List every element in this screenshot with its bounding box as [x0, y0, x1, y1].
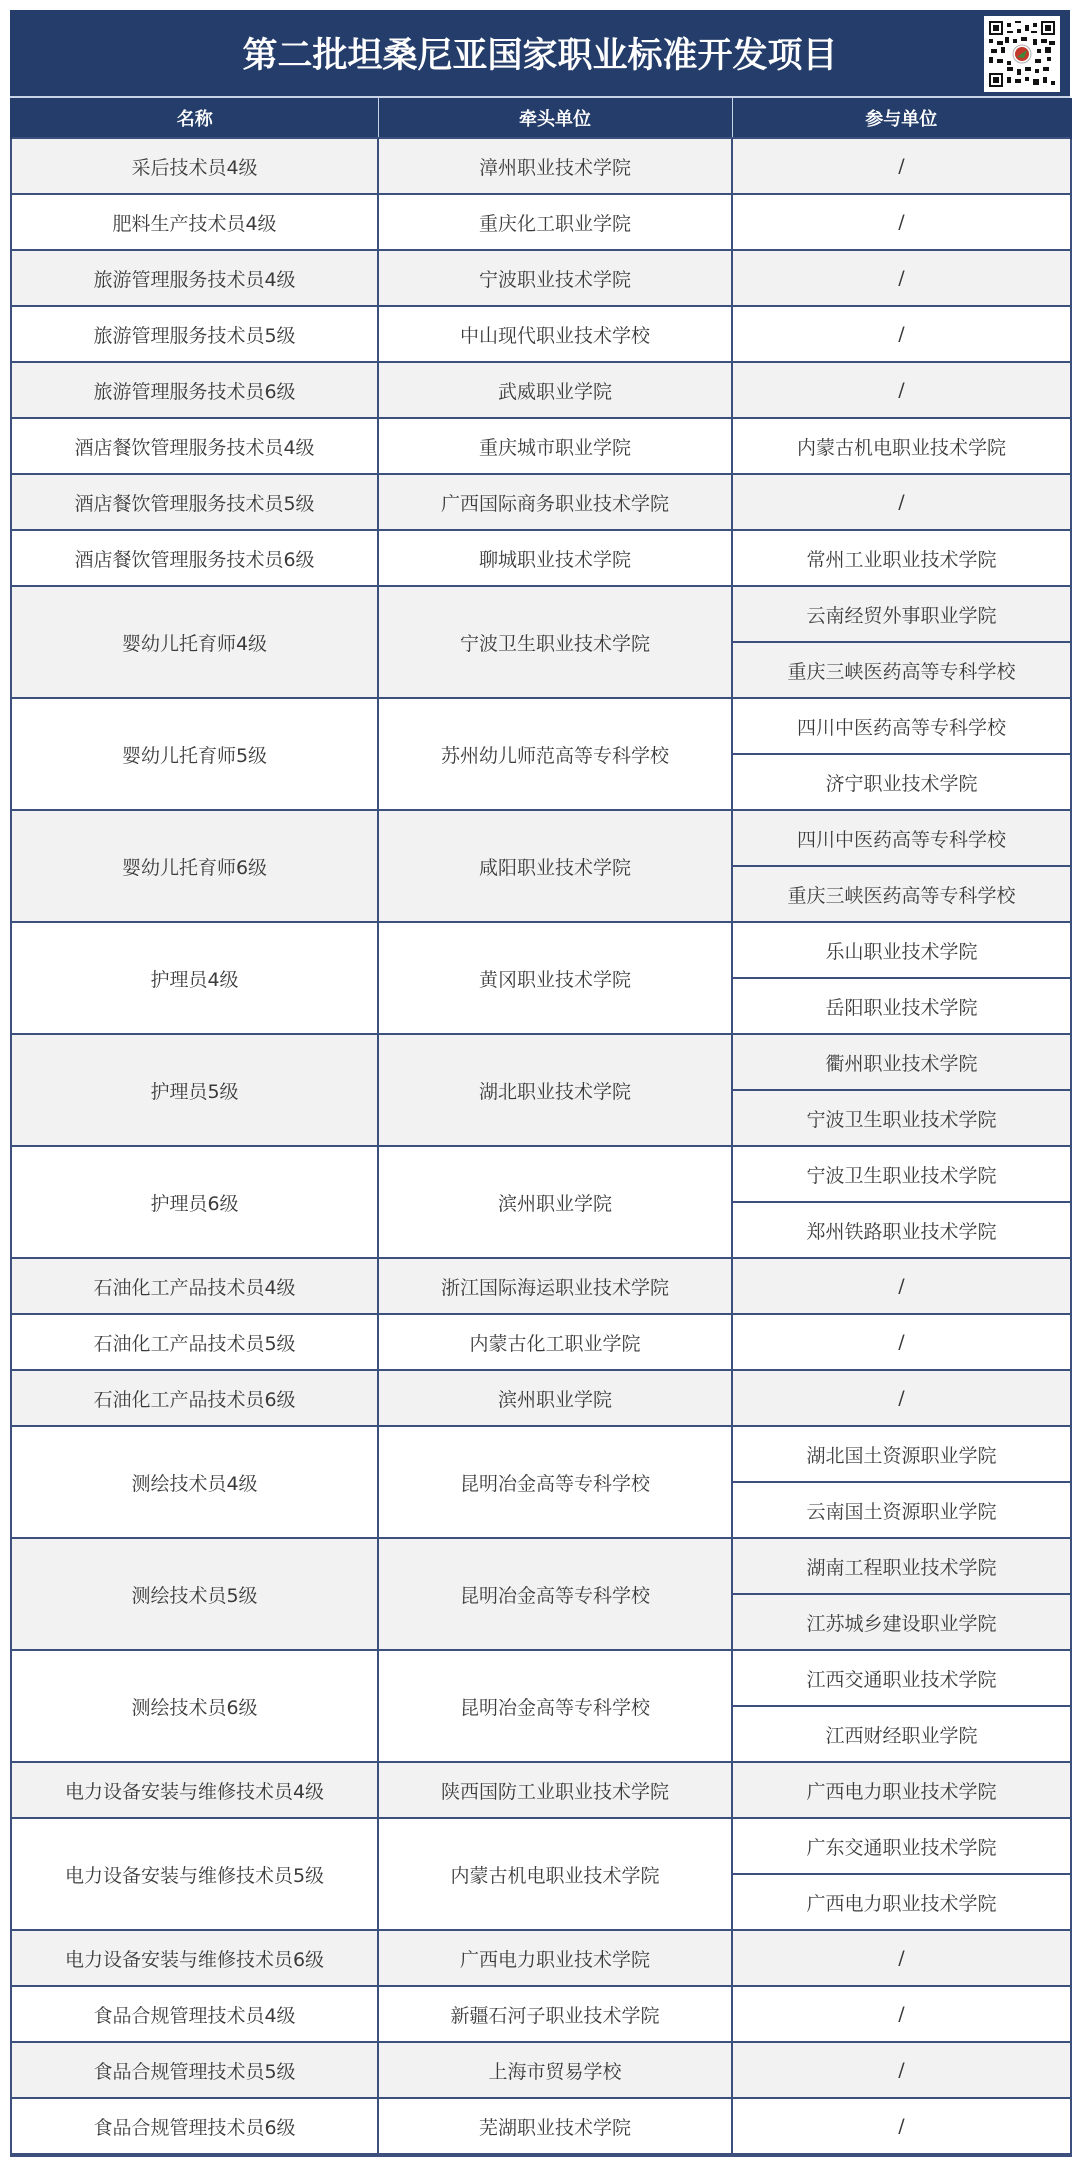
participant-institution: 云南经贸外事职业学院 — [732, 586, 1071, 642]
participant-institution: 郑州铁路职业技术学院 — [732, 1202, 1071, 1258]
participant-institution: / — [732, 1370, 1071, 1426]
participant-institution: / — [732, 1258, 1071, 1314]
table-header-row: 名称 牵头单位 参与单位 — [11, 98, 1071, 138]
participant-institution: / — [732, 194, 1071, 250]
participant-institution: 四川中医药高等专科学校 — [732, 810, 1071, 866]
project-table: 名称 牵头单位 参与单位 采后技术员4级 漳州职业技术学院 / 肥料生产技术员4… — [10, 98, 1072, 2157]
participant-institution: 宁波卫生职业技术学院 — [732, 1090, 1071, 1146]
occupation-name: 电力设备安装与维修技术员5级 — [11, 1818, 378, 1930]
table-row: 旅游管理服务技术员6级 武威职业学院 / — [11, 362, 1071, 418]
participant-institution: 重庆三峡医药高等专科学校 — [732, 866, 1071, 922]
lead-institution: 内蒙古机电职业技术学院 — [378, 1818, 732, 1930]
participant-institution: 江西交通职业技术学院 — [732, 1650, 1071, 1706]
lead-institution: 滨州职业学院 — [378, 1370, 732, 1426]
occupation-name: 食品合规管理技术员5级 — [11, 2042, 378, 2098]
table-row: 食品合规管理技术员6级 芜湖职业技术学院 / — [11, 2098, 1071, 2155]
participant-institution: / — [732, 474, 1071, 530]
lead-institution: 咸阳职业技术学院 — [378, 810, 732, 922]
participant-institution: 江西财经职业学院 — [732, 1706, 1071, 1762]
lead-institution: 重庆化工职业学院 — [378, 194, 732, 250]
table-row: 电力设备安装与维修技术员4级 陕西国防工业职业技术学院 广西电力职业技术学院 — [11, 1762, 1071, 1818]
table-row: 护理员6级 滨州职业学院 宁波卫生职业技术学院 — [11, 1146, 1071, 1202]
participant-institution: 广西电力职业技术学院 — [732, 1762, 1071, 1818]
lead-institution: 内蒙古化工职业学院 — [378, 1314, 732, 1370]
occupation-name: 测绘技术员6级 — [11, 1650, 378, 1762]
participant-institution: 云南国土资源职业学院 — [732, 1482, 1071, 1538]
column-header-name: 名称 — [11, 98, 378, 138]
participant-institution: / — [732, 362, 1071, 418]
lead-institution: 广西国际商务职业技术学院 — [378, 474, 732, 530]
document: 第二批坦桑尼亚国家职业标准开发项目 — [10, 10, 1070, 2157]
participant-institution: / — [732, 2042, 1071, 2098]
table-row: 食品合规管理技术员4级 新疆石河子职业技术学院 / — [11, 1986, 1071, 2042]
participant-institution: 四川中医药高等专科学校 — [732, 698, 1071, 754]
table-row: 食品合规管理技术员5级 上海市贸易学校 / — [11, 2042, 1071, 2098]
table-row: 酒店餐饮管理服务技术员5级 广西国际商务职业技术学院 / — [11, 474, 1071, 530]
participant-institution: 岳阳职业技术学院 — [732, 978, 1071, 1034]
qr-code-icon — [984, 16, 1060, 92]
occupation-name: 婴幼儿托育师6级 — [11, 810, 378, 922]
lead-institution: 重庆城市职业学院 — [378, 418, 732, 474]
column-header-participants: 参与单位 — [732, 98, 1071, 138]
occupation-name: 石油化工产品技术员5级 — [11, 1314, 378, 1370]
lead-institution: 昆明冶金高等专科学校 — [378, 1538, 732, 1650]
lead-institution: 昆明冶金高等专科学校 — [378, 1650, 732, 1762]
occupation-name: 旅游管理服务技术员6级 — [11, 362, 378, 418]
participant-institution: 宁波卫生职业技术学院 — [732, 1146, 1071, 1202]
column-header-lead: 牵头单位 — [378, 98, 732, 138]
participant-institution: / — [732, 1314, 1071, 1370]
participant-institution: 乐山职业技术学院 — [732, 922, 1071, 978]
page-title: 第二批坦桑尼亚国家职业标准开发项目 — [10, 10, 1070, 96]
participant-institution: / — [732, 250, 1071, 306]
table-row: 婴幼儿托育师4级 宁波卫生职业技术学院 云南经贸外事职业学院 — [11, 586, 1071, 642]
lead-institution: 昆明冶金高等专科学校 — [378, 1426, 732, 1538]
lead-institution: 宁波职业技术学院 — [378, 250, 732, 306]
participant-institution: 广西电力职业技术学院 — [732, 1874, 1071, 1930]
lead-institution: 中山现代职业技术学校 — [378, 306, 732, 362]
participant-institution: 衢州职业技术学院 — [732, 1034, 1071, 1090]
occupation-name: 测绘技术员5级 — [11, 1538, 378, 1650]
table-row: 婴幼儿托育师6级 咸阳职业技术学院 四川中医药高等专科学校 — [11, 810, 1071, 866]
occupation-name: 酒店餐饮管理服务技术员4级 — [11, 418, 378, 474]
lead-institution: 上海市贸易学校 — [378, 2042, 732, 2098]
table-row: 电力设备安装与维修技术员6级 广西电力职业技术学院 / — [11, 1930, 1071, 1986]
table-row: 测绘技术员6级 昆明冶金高等专科学校 江西交通职业技术学院 — [11, 1650, 1071, 1706]
table-row: 肥料生产技术员4级 重庆化工职业学院 / — [11, 194, 1071, 250]
table-row: 婴幼儿托育师5级 苏州幼儿师范高等专科学校 四川中医药高等专科学校 — [11, 698, 1071, 754]
table-row: 石油化工产品技术员4级 浙江国际海运职业技术学院 / — [11, 1258, 1071, 1314]
occupation-name: 旅游管理服务技术员5级 — [11, 306, 378, 362]
lead-institution: 滨州职业学院 — [378, 1146, 732, 1258]
table-row: 护理员5级 湖北职业技术学院 衢州职业技术学院 — [11, 1034, 1071, 1090]
table-row: 测绘技术员5级 昆明冶金高等专科学校 湖南工程职业技术学院 — [11, 1538, 1071, 1594]
occupation-name: 婴幼儿托育师5级 — [11, 698, 378, 810]
lead-institution: 新疆石河子职业技术学院 — [378, 1986, 732, 2042]
participant-institution: 内蒙古机电职业技术学院 — [732, 418, 1071, 474]
table-row: 旅游管理服务技术员5级 中山现代职业技术学校 / — [11, 306, 1071, 362]
lead-institution: 黄冈职业技术学院 — [378, 922, 732, 1034]
participant-institution: 常州工业职业技术学院 — [732, 530, 1071, 586]
lead-institution: 武威职业学院 — [378, 362, 732, 418]
occupation-name: 测绘技术员4级 — [11, 1426, 378, 1538]
occupation-name: 酒店餐饮管理服务技术员6级 — [11, 530, 378, 586]
participant-institution: / — [732, 306, 1071, 362]
participant-institution: / — [732, 138, 1071, 194]
occupation-name: 旅游管理服务技术员4级 — [11, 250, 378, 306]
table-row: 石油化工产品技术员6级 滨州职业学院 / — [11, 1370, 1071, 1426]
occupation-name: 电力设备安装与维修技术员4级 — [11, 1762, 378, 1818]
occupation-name: 护理员5级 — [11, 1034, 378, 1146]
title-banner: 第二批坦桑尼亚国家职业标准开发项目 — [10, 10, 1070, 98]
occupation-name: 酒店餐饮管理服务技术员5级 — [11, 474, 378, 530]
table-row: 电力设备安装与维修技术员5级 内蒙古机电职业技术学院 广东交通职业技术学院 — [11, 1818, 1071, 1874]
participant-institution: 江苏城乡建设职业学院 — [732, 1594, 1071, 1650]
occupation-name: 食品合规管理技术员6级 — [11, 2098, 378, 2155]
participant-institution: 湖北国土资源职业学院 — [732, 1426, 1071, 1482]
occupation-name: 护理员6级 — [11, 1146, 378, 1258]
occupation-name: 婴幼儿托育师4级 — [11, 586, 378, 698]
lead-institution: 浙江国际海运职业技术学院 — [378, 1258, 732, 1314]
participant-institution: / — [732, 1930, 1071, 1986]
qr-code-graphic — [989, 21, 1055, 87]
participant-institution: 湖南工程职业技术学院 — [732, 1538, 1071, 1594]
table-row: 酒店餐饮管理服务技术员6级 聊城职业技术学院 常州工业职业技术学院 — [11, 530, 1071, 586]
table-row: 酒店餐饮管理服务技术员4级 重庆城市职业学院 内蒙古机电职业技术学院 — [11, 418, 1071, 474]
occupation-name: 石油化工产品技术员4级 — [11, 1258, 378, 1314]
participant-institution: 济宁职业技术学院 — [732, 754, 1071, 810]
lead-institution: 漳州职业技术学院 — [378, 138, 732, 194]
table-row: 采后技术员4级 漳州职业技术学院 / — [11, 138, 1071, 194]
lead-institution: 苏州幼儿师范高等专科学校 — [378, 698, 732, 810]
lead-institution: 聊城职业技术学院 — [378, 530, 732, 586]
occupation-name: 食品合规管理技术员4级 — [11, 1986, 378, 2042]
table-row: 测绘技术员4级 昆明冶金高等专科学校 湖北国土资源职业学院 — [11, 1426, 1071, 1482]
table-row: 护理员4级 黄冈职业技术学院 乐山职业技术学院 — [11, 922, 1071, 978]
participant-institution: / — [732, 1986, 1071, 2042]
occupation-name: 护理员4级 — [11, 922, 378, 1034]
participant-institution: / — [732, 2098, 1071, 2155]
occupation-name: 肥料生产技术员4级 — [11, 194, 378, 250]
occupation-name: 电力设备安装与维修技术员6级 — [11, 1930, 378, 1986]
lead-institution: 广西电力职业技术学院 — [378, 1930, 732, 1986]
occupation-name: 石油化工产品技术员6级 — [11, 1370, 378, 1426]
table-row: 石油化工产品技术员5级 内蒙古化工职业学院 / — [11, 1314, 1071, 1370]
participant-institution: 重庆三峡医药高等专科学校 — [732, 642, 1071, 698]
occupation-name: 采后技术员4级 — [11, 138, 378, 194]
lead-institution: 陕西国防工业职业技术学院 — [378, 1762, 732, 1818]
lead-institution: 芜湖职业技术学院 — [378, 2098, 732, 2155]
table-row: 旅游管理服务技术员4级 宁波职业技术学院 / — [11, 250, 1071, 306]
lead-institution: 湖北职业技术学院 — [378, 1034, 732, 1146]
lead-institution: 宁波卫生职业技术学院 — [378, 586, 732, 698]
participant-institution: 广东交通职业技术学院 — [732, 1818, 1071, 1874]
